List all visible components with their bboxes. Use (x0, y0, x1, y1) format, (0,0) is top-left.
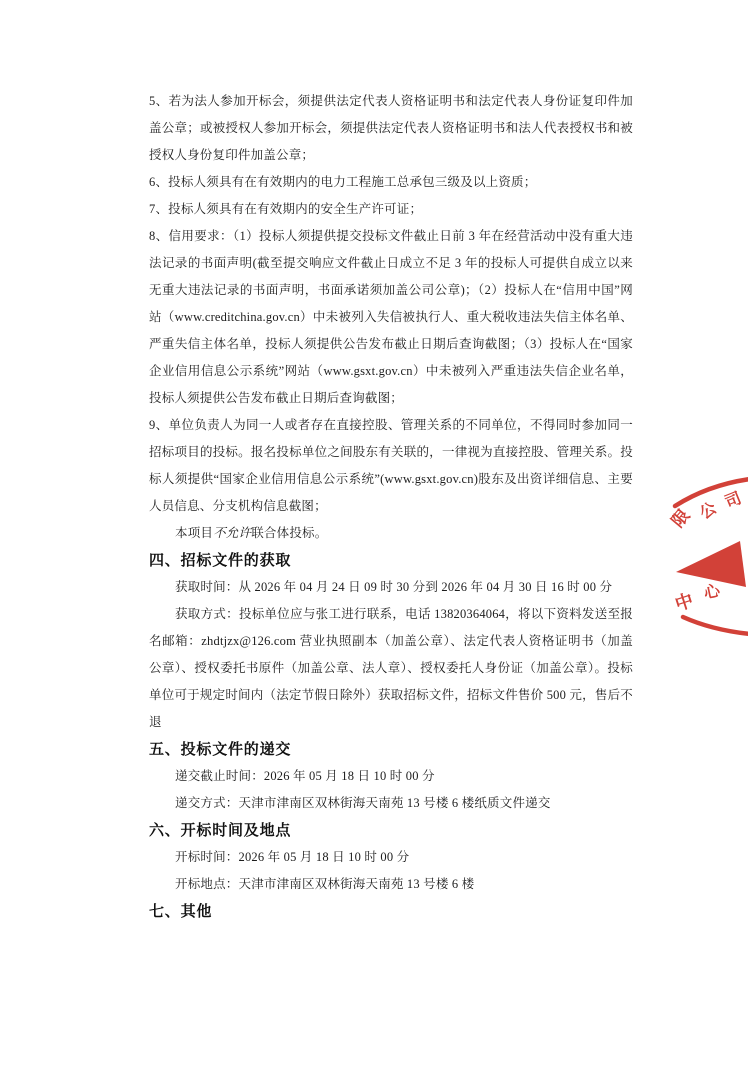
seal-star-icon (676, 541, 746, 587)
seal-char-gong: 公 (697, 498, 721, 522)
section-heading-submit-documents: 五、投标文件的递交 (149, 736, 633, 763)
seal-char-zhong: 中 (672, 589, 696, 615)
joint-bid-note-suffix: 联合体投标。 (251, 526, 327, 540)
condition-item-5: 5、若为法人参加开标会，须提供法定代表人资格证明书和法定代表人身份证复印件加盖公… (149, 88, 633, 169)
submit-method-line: 递交方式：天津市津南区双林街海天南苑 13 号楼 6 楼纸质文件递交 (149, 790, 633, 817)
seal-char-xian: 限 (668, 506, 693, 531)
seal-char-si: 司 (722, 488, 744, 512)
document-page: 5、若为法人参加开标会，须提供法定代表人资格证明书和法定代表人身份证复印件加盖公… (0, 0, 748, 1073)
submit-deadline-line: 递交截止时间：2026 年 05 月 18 日 10 时 00 分 (149, 763, 633, 790)
joint-bid-note-prefix: 本项目 (175, 526, 213, 540)
opening-place-line: 开标地点：天津市津南区双林街海天南苑 13 号楼 6 楼 (149, 871, 633, 898)
obtain-method-line: 获取方式：投标单位应与张工进行联系，电话 13820364064，将以下资料发送… (149, 601, 633, 736)
joint-bid-note: 本项目不允许联合体投标。 (149, 520, 633, 547)
obtain-time-line: 获取时间：从 2026 年 04 月 24 日 09 时 30 分到 2026 … (149, 574, 633, 601)
section-heading-other: 七、其他 (149, 898, 633, 925)
joint-bid-note-emphasis: 不允许 (213, 526, 251, 540)
condition-item-6: 6、投标人须具有在有效期内的电力工程施工总承包三级及以上资质； (149, 169, 633, 196)
company-seal-icon: 限 公 司 中 心 (658, 445, 748, 645)
section-heading-obtain-documents: 四、招标文件的获取 (149, 547, 633, 574)
document-body: 5、若为法人参加开标会，须提供法定代表人资格证明书和法定代表人身份证复印件加盖公… (149, 88, 633, 925)
condition-item-7: 7、投标人须具有在有效期内的安全生产许可证； (149, 196, 633, 223)
condition-item-9: 9、单位负责人为同一人或者存在直接控股、管理关系的不同单位，不得同时参加同一招标… (149, 412, 633, 520)
condition-item-8: 8、信用要求：（1）投标人须提供提交投标文件截止日前 3 年在经营活动中没有重大… (149, 223, 633, 412)
section-heading-bid-opening: 六、开标时间及地点 (149, 817, 633, 844)
opening-time-line: 开标时间：2026 年 05 月 18 日 10 时 00 分 (149, 844, 633, 871)
seal-char-xin: 心 (702, 581, 722, 602)
